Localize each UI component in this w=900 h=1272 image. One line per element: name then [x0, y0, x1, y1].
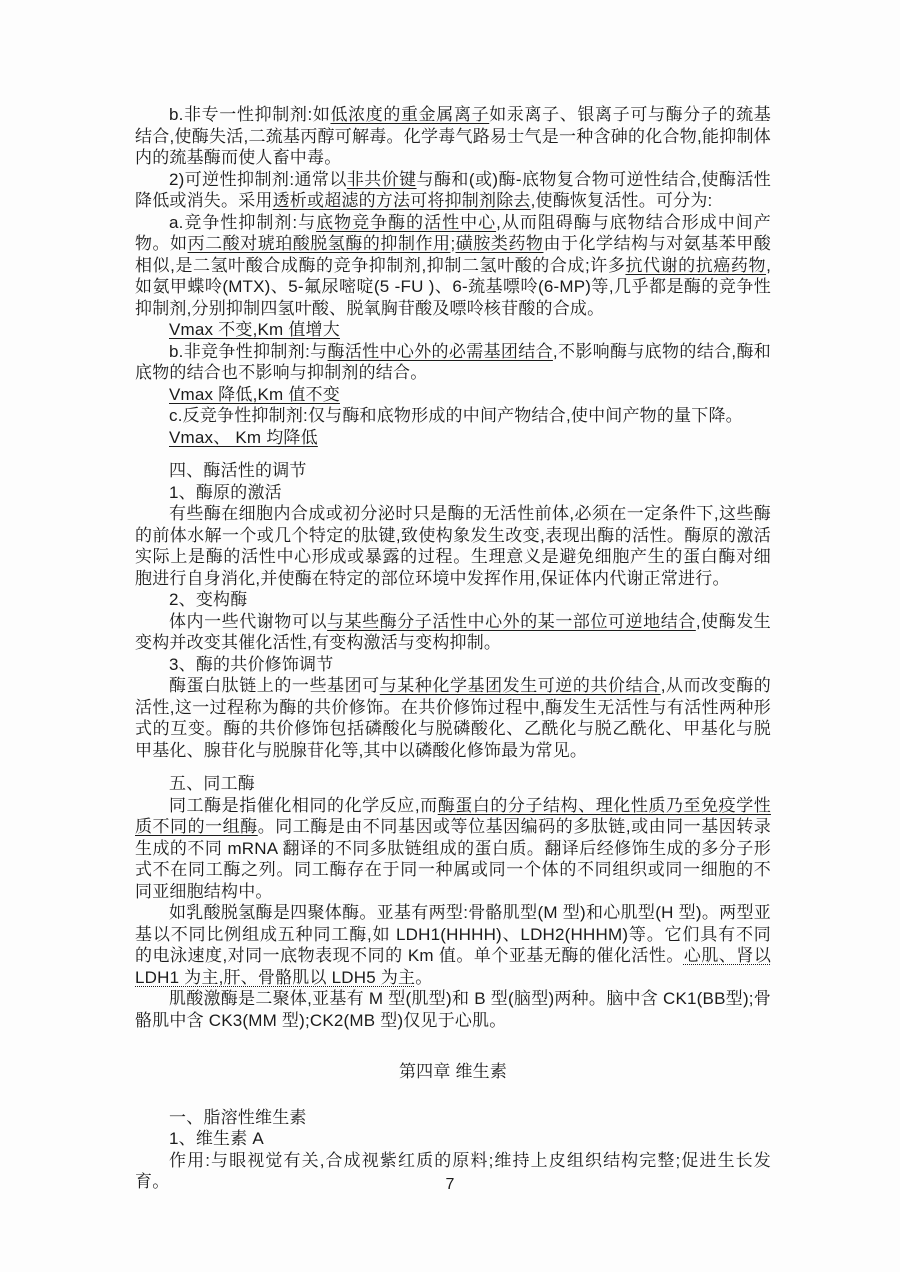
document-page: b.非专一性抑制剂:如低浓度的重金属离子如汞离子、银离子可与酶分子的巯基结合,使… — [0, 0, 900, 1272]
underlined-text: 非共价键 — [347, 170, 417, 189]
section-heading: 一、脂溶性维生素 — [135, 1107, 771, 1129]
kinetics-line: Vmax 降低,Km 值不变 — [135, 384, 771, 406]
text-run: 1、维生素 A — [169, 1129, 264, 1148]
spacer — [135, 448, 771, 460]
text-run: 。 — [415, 968, 432, 987]
underlined-text: 酶活性中心外的必需基团结合 — [328, 342, 553, 361]
underlined-text: Vmax 不变,Km 值增大 — [169, 320, 340, 339]
text-run: 体内一些代谢物可以 — [169, 612, 327, 631]
paragraph: 酶蛋白肽链上的一些基团可与某种化学基团发生可逆的共价结合,从而改变酶的活性,这一… — [135, 675, 771, 761]
paragraph: 有些酶在细胞内合成或初分泌时只是酶的无活性前体,必须在一定条件下,这些酶的前体水… — [135, 503, 771, 589]
paragraph: 肌酸激酶是二聚体,亚基有 M 型(肌型)和 B 型(脑型)两种。脑中含 CK1(… — [135, 988, 771, 1031]
underlined-text: 丙二酸对琥珀酸脱氢酶的抑制作用 — [188, 234, 451, 253]
chapter-heading: 第四章 维生素 — [135, 1061, 771, 1083]
paragraph: c.反竞争性抑制剂:仅与酶和底物形成的中间产物结合,使中间产物的量下降。 — [135, 405, 771, 427]
text-run: c.反竞争性抑制剂:仅与酶和底物形成的中间产物结合,使中间产物的量下降。 — [169, 406, 743, 425]
underlined-text: Vmax、 Km 均降低 — [169, 428, 318, 447]
text-run: b.非竞争性抑制剂:与 — [169, 342, 328, 361]
text-run: 第四章 维生素 — [399, 1062, 507, 1081]
underlined-text: 低浓度的重金属离子 — [330, 105, 489, 124]
section-heading: 2、变构酶 — [135, 589, 771, 611]
underlined-text: 与某些酶分子活性中心外的某一部位可逆地结合 — [327, 612, 696, 631]
text-run: b.非专一性抑制剂:如 — [169, 105, 330, 124]
paragraph: b.非专一性抑制剂:如低浓度的重金属离子如汞离子、银离子可与酶分子的巯基结合,使… — [135, 104, 771, 169]
text-run: a.竞争性抑制剂:与 — [169, 213, 316, 232]
paragraph: 2)可逆性抑制剂:通常以非共价键与酶和(或)酶-底物复合物可逆性结合,使酶活性降… — [135, 169, 771, 212]
spacer — [135, 1031, 771, 1061]
text-run: 四、酶活性的调节 — [169, 461, 307, 480]
underlined-text: 抗代谢的抗癌药物 — [625, 256, 766, 275]
underlined-text: 透析或超滤的方法可将抑制剂除去 — [273, 191, 531, 210]
text-run: 2)可逆性抑制剂:通常以 — [169, 170, 347, 189]
underlined-text: 底物竞争酶的活性中心 — [316, 213, 496, 232]
kinetics-line: Vmax 不变,Km 值增大 — [135, 319, 771, 341]
spacer — [135, 1083, 771, 1107]
text-run: 2、变构酶 — [169, 590, 247, 609]
text-body: b.非专一性抑制剂:如低浓度的重金属离子如汞离子、银离子可与酶分子的巯基结合,使… — [135, 104, 771, 1193]
underlined-text: Vmax 降低,Km 值不变 — [169, 385, 340, 404]
section-heading: 1、酶原的激活 — [135, 482, 771, 504]
text-run: 五、同工酶 — [169, 774, 255, 793]
paragraph: 体内一些代谢物可以与某些酶分子活性中心外的某一部位可逆地结合,使酶发生变构并改变… — [135, 611, 771, 654]
text-run: 有些酶在细胞内合成或初分泌时只是酶的无活性前体,必须在一定条件下,这些酶的前体水… — [135, 504, 771, 588]
paragraph: b.非竞争性抑制剂:与酶活性中心外的必需基团结合,不影响酶与底物的结合,酶和底物… — [135, 341, 771, 384]
text-run: 同工酶是指催化相同的化学反应,而 — [169, 796, 438, 815]
text-run: 3、酶的共价修饰调节 — [169, 655, 333, 674]
paragraph: 同工酶是指催化相同的化学反应,而酶蛋白的分子结构、理化性质乃至免疫学性质不同的一… — [135, 795, 771, 903]
text-run: 酶蛋白肽链上的一些基团可 — [169, 676, 380, 695]
section-heading: 四、酶活性的调节 — [135, 460, 771, 482]
text-run: 肌酸激酶是二聚体,亚基有 M 型(肌型)和 B 型(脑型)两种。脑中含 CK1(… — [135, 989, 771, 1030]
kinetics-line: Vmax、 Km 均降低 — [135, 427, 771, 449]
text-run: ,使酶恢复活性。可分为: — [531, 191, 713, 210]
text-run: 1、酶原的激活 — [169, 483, 282, 502]
section-heading: 五、同工酶 — [135, 773, 771, 795]
text-run: 一、脂溶性维生素 — [169, 1108, 307, 1127]
spacer — [135, 761, 771, 773]
page-number: 7 — [0, 1176, 900, 1194]
underlined-text: 与某种化学基团发生可逆的共价结合 — [380, 676, 661, 695]
section-heading: 3、酶的共价修饰调节 — [135, 654, 771, 676]
underlined-text: 磺胺类药物 — [455, 234, 543, 253]
paragraph: 如乳酸脱氢酶是四聚体酶。亚基有两型:骨骼肌型(M 型)和心肌型(H 型)。两型亚… — [135, 902, 771, 988]
section-heading: 1、维生素 A — [135, 1128, 771, 1150]
text-run: 如乳酸脱氢酶是四聚体酶。亚基有两型:骨骼肌型(M 型)和心肌型(H 型)。两型亚… — [135, 903, 771, 965]
paragraph: a.竞争性抑制剂:与底物竞争酶的活性中心,从而阻碍酶与底物结合形成中间产物。如丙… — [135, 212, 771, 320]
